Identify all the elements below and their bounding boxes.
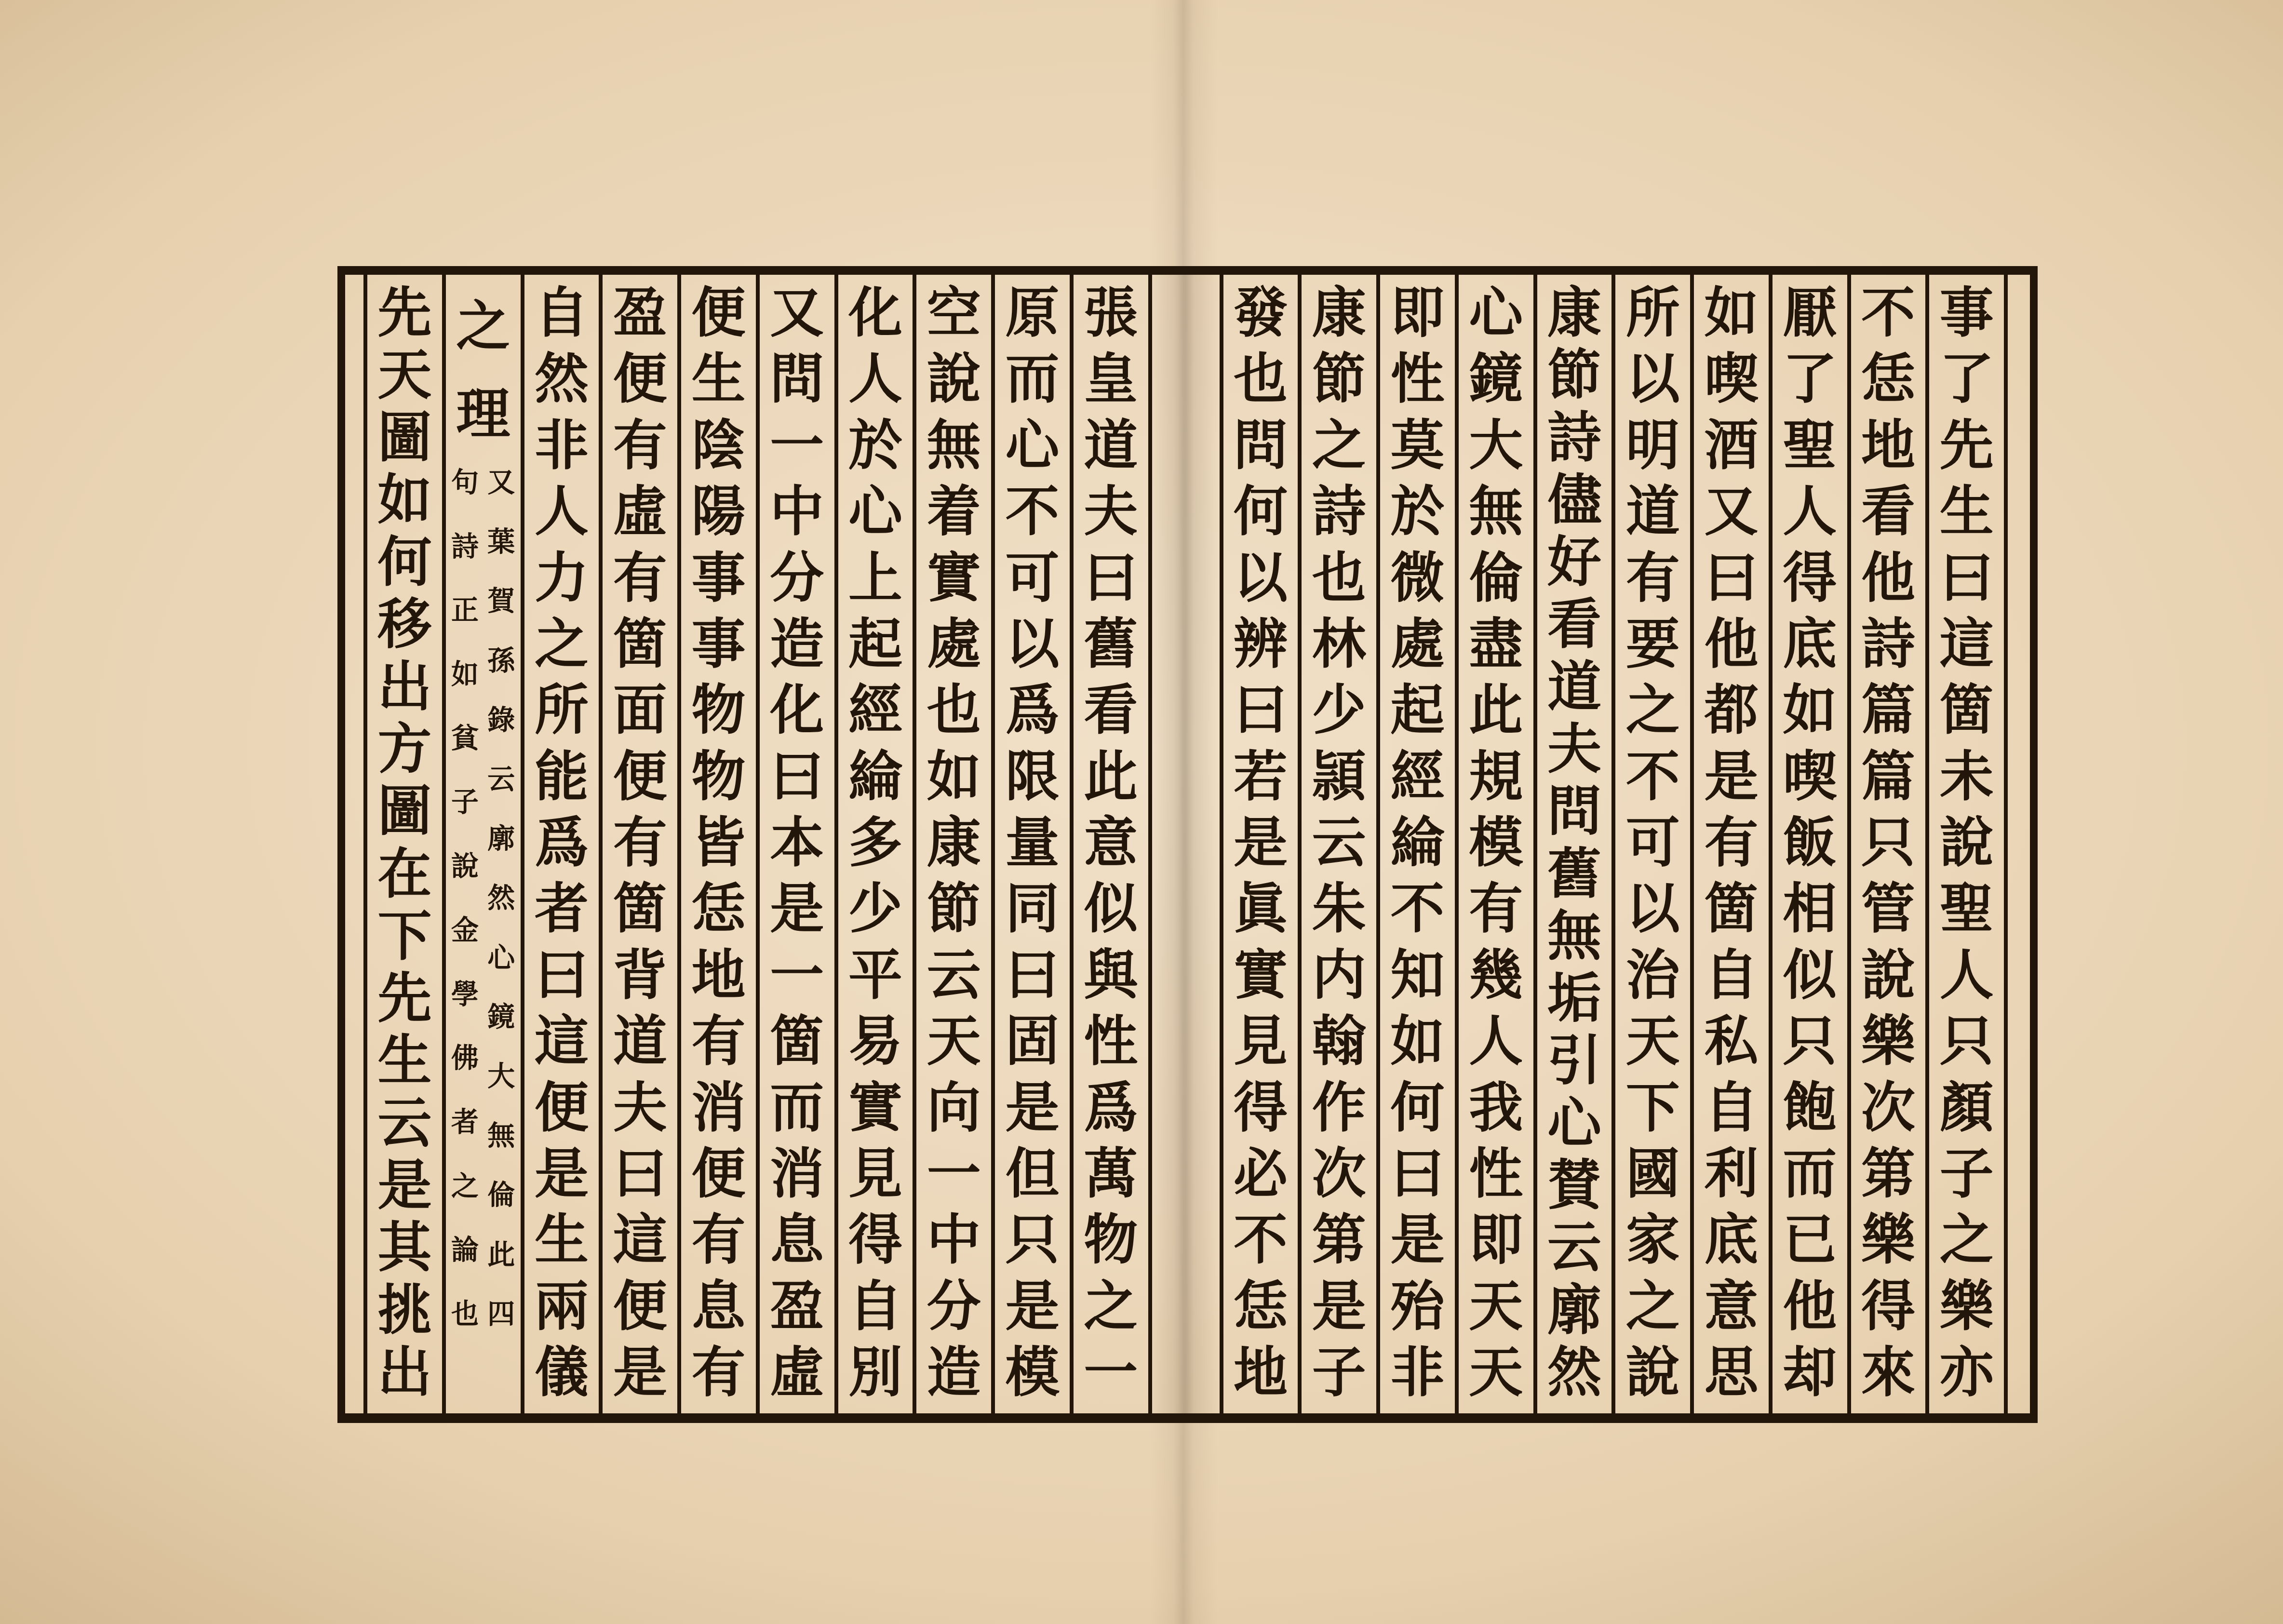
character: 一 (761, 419, 833, 473)
character: 飯 (1773, 816, 1846, 870)
character: 人 (839, 352, 912, 406)
character: 曰 (761, 750, 833, 804)
character: 如 (917, 750, 990, 804)
character: 化 (839, 286, 912, 340)
character: 理 (447, 374, 520, 455)
character: 物 (682, 750, 755, 804)
character: 經 (839, 684, 912, 738)
character: 而 (1773, 1147, 1846, 1201)
character: 實 (917, 551, 990, 605)
character: 顏 (1930, 1081, 2003, 1135)
character: 人 (525, 485, 598, 539)
character: 這 (604, 1213, 676, 1267)
character: 之 (1303, 419, 1375, 473)
character: 生 (682, 352, 755, 406)
character: 事 (682, 551, 755, 605)
character: 次 (1303, 1147, 1375, 1201)
character: 曰 (604, 1147, 676, 1201)
character: 消 (682, 1081, 755, 1135)
character: 私 (1695, 1015, 1768, 1069)
character: 學 (447, 980, 483, 1008)
character: 明 (1616, 419, 1689, 473)
character: 未 (1930, 750, 2003, 804)
character: 說 (447, 852, 483, 880)
character: 與 (1074, 949, 1147, 1003)
character: 孫 (483, 647, 519, 674)
character: 康 (1303, 286, 1375, 340)
character: 也 (1224, 352, 1297, 406)
left-page-column-8: 自然非人力之所能爲者曰這便是生兩儀 (524, 275, 603, 1413)
character: 國 (1616, 1147, 1689, 1201)
character: 了 (1773, 352, 1846, 406)
character: 曰 (1930, 551, 2003, 605)
character: 是 (525, 1147, 598, 1201)
character: 要 (1616, 617, 1689, 671)
character: 於 (839, 419, 912, 473)
character: 夫 (1074, 485, 1147, 539)
character: 了 (1930, 352, 2003, 406)
character: 道 (604, 1015, 676, 1069)
character: 造 (761, 617, 833, 671)
character: 他 (1773, 1280, 1846, 1334)
character: 曰 (1224, 684, 1297, 738)
character: 不 (1224, 1213, 1297, 1267)
character: 節 (1303, 352, 1375, 406)
character: 是 (1695, 750, 1768, 804)
character: 心 (1538, 1097, 1611, 1151)
character: 喫 (1695, 352, 1768, 406)
right-page-column-5: 所以明道有要之不可以治天下國家之說 (1615, 275, 1694, 1413)
character: 家 (1616, 1213, 1689, 1267)
character: 但 (996, 1147, 1069, 1201)
character: 又 (483, 469, 519, 496)
character: 力 (525, 551, 598, 605)
character: 箇 (604, 882, 676, 936)
character: 自 (1695, 949, 1768, 1003)
character: 葉 (483, 528, 519, 555)
right-page-column-1: 事了先生曰這箇未說聖人只顏子之樂亦 (1929, 275, 2008, 1413)
character: 厭 (1773, 286, 1846, 340)
character: 節 (1538, 349, 1611, 403)
character: 道 (1538, 660, 1611, 714)
left-page-column-5: 又問一中分造化曰本是一箇而消息盈虛 (760, 275, 838, 1413)
character: 云 (917, 949, 990, 1003)
character: 相 (1773, 882, 1846, 936)
character: 一 (917, 1147, 990, 1201)
character: 康 (917, 816, 990, 870)
character: 恁 (1224, 1280, 1297, 1334)
character: 說 (1616, 1346, 1689, 1400)
character: 上 (839, 551, 912, 605)
character: 多 (839, 816, 912, 870)
right-page-column-8: 即性莫於微處起經綸不知如何曰是殆非 (1380, 275, 1459, 1413)
character: 知 (1381, 949, 1454, 1003)
character: 不 (1616, 750, 1689, 804)
character: 問 (761, 352, 833, 406)
character: 云 (1303, 816, 1375, 870)
character: 見 (839, 1147, 912, 1201)
character: 心 (839, 485, 912, 539)
character: 天 (1460, 1346, 1532, 1400)
character: 頴 (1303, 750, 1375, 804)
character: 量 (996, 816, 1069, 870)
character: 只 (1773, 1015, 1846, 1069)
character: 同 (996, 882, 1069, 936)
character: 背 (604, 949, 676, 1003)
character: 朱 (1303, 882, 1375, 936)
character: 事 (1930, 286, 2003, 340)
character: 看 (1074, 684, 1147, 738)
character: 好 (1538, 536, 1611, 590)
character: 地 (1224, 1346, 1297, 1400)
character: 鏡 (1460, 352, 1532, 406)
character: 便 (682, 286, 755, 340)
character: 便 (604, 352, 676, 406)
character: 天 (1460, 1280, 1532, 1334)
character: 作 (1303, 1081, 1375, 1135)
character: 消 (761, 1147, 833, 1201)
character: 心 (1460, 286, 1532, 340)
character: 必 (1224, 1147, 1297, 1201)
character: 此 (1460, 684, 1532, 738)
character: 人 (1460, 1015, 1532, 1069)
character: 微 (1381, 551, 1454, 605)
character: 看 (1538, 598, 1611, 652)
character: 虛 (604, 485, 676, 539)
character: 有 (682, 1346, 755, 1400)
character: 翰 (1303, 1015, 1375, 1069)
character: 是 (604, 1346, 676, 1400)
character: 是 (1303, 1280, 1375, 1334)
character: 別 (839, 1346, 912, 1400)
character: 之 (1930, 1213, 2003, 1267)
character: 不 (1381, 882, 1454, 936)
character: 化 (761, 684, 833, 738)
character: 然 (1538, 1346, 1611, 1400)
character: 節 (917, 882, 990, 936)
character: 有 (682, 1213, 755, 1267)
character: 曰 (525, 949, 598, 1003)
character: 自 (1695, 1081, 1768, 1135)
character: 聖 (1930, 882, 2003, 936)
note-subcolumn-right: 又葉賀孫錄云廓然心鏡大無倫此四 (483, 469, 519, 1328)
character: 地 (1852, 419, 1925, 473)
character: 得 (839, 1213, 912, 1267)
left-page-column-10: 先天圖如何移出方圖在下先生云是其挑出 (367, 275, 446, 1413)
right-page-column-6: 康節詩儘好看道夫問舊無垢引心賛云廓然 (1537, 275, 1616, 1413)
character: 爲 (525, 816, 598, 870)
character: 中 (917, 1213, 990, 1267)
character: 箇 (604, 617, 676, 671)
character: 思 (1695, 1346, 1768, 1400)
character: 似 (1074, 882, 1147, 936)
character: 問 (1538, 785, 1611, 839)
character: 何 (1224, 485, 1297, 539)
character: 此 (1074, 750, 1147, 804)
character: 性 (1381, 352, 1454, 406)
character: 所 (1616, 286, 1689, 340)
character: 箇 (1695, 882, 1768, 936)
left-page-column-6: 便生陰陽事事物物皆恁地有消便有息有 (681, 275, 760, 1413)
character: 樂 (1852, 1015, 1925, 1069)
character: 人 (1773, 485, 1846, 539)
character: 樂 (1852, 1213, 1925, 1267)
character: 第 (1852, 1147, 1925, 1201)
character: 先 (1930, 419, 2003, 473)
character: 出 (368, 1346, 441, 1400)
character: 莫 (1381, 419, 1454, 473)
character: 大 (483, 1062, 519, 1090)
character: 不 (996, 485, 1069, 539)
interlinear-small-note: 又葉賀孫錄云廓然心鏡大無倫此四句詩正如貧子說金學佛者之論也 (446, 462, 521, 1400)
character: 是 (996, 1280, 1069, 1334)
character: 子 (1303, 1346, 1375, 1400)
character: 亦 (1930, 1346, 2003, 1400)
character: 限 (996, 750, 1069, 804)
character: 飽 (1773, 1081, 1846, 1135)
character: 說 (1930, 816, 2003, 870)
character: 曰 (1695, 551, 1768, 605)
character: 事 (682, 617, 755, 671)
character: 如 (447, 660, 483, 688)
character: 天 (368, 349, 441, 403)
character: 詩 (1303, 485, 1375, 539)
character: 一 (1074, 1346, 1147, 1400)
character: 也 (917, 684, 990, 738)
character: 次 (1852, 1081, 1925, 1135)
character: 無 (1538, 910, 1611, 964)
character: 廓 (1538, 1284, 1611, 1338)
character: 他 (1852, 551, 1925, 605)
character: 出 (368, 660, 441, 714)
character: 金 (447, 916, 483, 944)
character: 分 (761, 551, 833, 605)
character: 如 (368, 473, 441, 527)
character: 垢 (1538, 972, 1611, 1026)
character: 生 (368, 1034, 441, 1088)
character: 處 (917, 617, 990, 671)
character: 生 (1930, 485, 2003, 539)
note-subcolumn-left: 句詩正如貧子說金學佛者之論也 (447, 469, 483, 1328)
character: 有 (1460, 882, 1532, 936)
character: 以 (1616, 352, 1689, 406)
character: 得 (1773, 551, 1846, 605)
character: 舊 (1074, 617, 1147, 671)
character: 陽 (682, 485, 755, 539)
character: 曰 (1381, 1147, 1454, 1201)
character: 之 (447, 286, 520, 367)
character: 虛 (761, 1346, 833, 1400)
left-page-column-2: 原而心不可以爲限量同曰固是但只是模 (995, 275, 1074, 1413)
left-page-column-4: 化人於心上起經綸多少平易實見得自別 (838, 275, 917, 1413)
character: 心 (996, 419, 1069, 473)
character: 天 (1616, 1015, 1689, 1069)
character: 倫 (483, 1181, 519, 1208)
character: 賀 (483, 587, 519, 615)
character: 曰 (996, 949, 1069, 1003)
character: 息 (682, 1280, 755, 1334)
character: 底 (1695, 1213, 1768, 1267)
character: 第 (1303, 1213, 1375, 1267)
character: 無 (917, 419, 990, 473)
character: 又 (1695, 485, 1768, 539)
character: 而 (761, 1081, 833, 1135)
character: 說 (917, 352, 990, 406)
right-margin-strip (2008, 275, 2030, 1413)
character: 只 (1930, 1015, 2003, 1069)
right-page-column-10: 發也問何以辨曰若是眞實見得必不恁地 (1223, 275, 1302, 1413)
character: 以 (1224, 551, 1297, 605)
character: 如 (1381, 1015, 1454, 1069)
character: 得 (1224, 1081, 1297, 1135)
character: 只 (996, 1213, 1069, 1267)
character: 方 (368, 723, 441, 777)
character: 先 (368, 286, 441, 340)
character: 其 (368, 1221, 441, 1275)
character: 詩 (447, 533, 483, 560)
left-page-column-7: 盈便有虛有箇面便有箇背道夫曰這便是 (603, 275, 681, 1413)
character: 道 (1074, 419, 1147, 473)
character: 性 (1074, 1015, 1147, 1069)
character: 盈 (761, 1280, 833, 1334)
character: 向 (917, 1081, 990, 1135)
character: 起 (839, 617, 912, 671)
character: 能 (525, 750, 598, 804)
character: 正 (447, 596, 483, 624)
character: 兩 (525, 1280, 598, 1334)
right-page-column-2: 不恁地看他詩篇篇只管說樂次第樂得來 (1851, 275, 1930, 1413)
character: 這 (1930, 617, 2003, 671)
character: 而 (996, 352, 1069, 406)
character: 賛 (1538, 1159, 1611, 1213)
character: 者 (525, 882, 598, 936)
character: 是 (761, 882, 833, 936)
character: 之 (1616, 1280, 1689, 1334)
character: 無 (1460, 485, 1532, 539)
character: 皆 (682, 816, 755, 870)
character: 恁 (1852, 352, 1925, 406)
character: 心 (483, 944, 519, 971)
character: 模 (1460, 816, 1532, 870)
character: 林 (1303, 617, 1375, 671)
character: 圖 (368, 785, 441, 839)
character: 天 (917, 1015, 990, 1069)
character: 者 (447, 1108, 483, 1136)
character: 有 (604, 551, 676, 605)
character: 挑 (368, 1284, 441, 1338)
character: 於 (1381, 485, 1454, 539)
character: 自 (525, 286, 598, 340)
character: 下 (1616, 1081, 1689, 1135)
character: 治 (1616, 949, 1689, 1003)
character: 看 (1852, 485, 1925, 539)
character: 息 (761, 1213, 833, 1267)
character: 陰 (682, 419, 755, 473)
character: 爲 (996, 684, 1069, 738)
character: 也 (1303, 551, 1375, 605)
character: 造 (917, 1346, 990, 1400)
character: 眞 (1224, 882, 1297, 936)
character: 易 (839, 1015, 912, 1069)
character: 利 (1695, 1147, 1768, 1201)
character: 已 (1773, 1213, 1846, 1267)
character: 綸 (1381, 816, 1454, 870)
character: 原 (996, 286, 1069, 340)
character: 一 (761, 949, 833, 1003)
character: 綸 (839, 750, 912, 804)
character: 平 (839, 949, 912, 1003)
character: 底 (1773, 617, 1846, 671)
character: 即 (1460, 1213, 1532, 1267)
character: 所 (525, 684, 598, 738)
character: 不 (1852, 286, 1925, 340)
character: 發 (1224, 286, 1297, 340)
character: 殆 (1381, 1280, 1454, 1334)
character: 物 (1074, 1213, 1147, 1267)
character: 是 (1224, 816, 1297, 870)
character: 論 (447, 1236, 483, 1263)
character: 盈 (604, 286, 676, 340)
character: 空 (917, 286, 990, 340)
character: 何 (1381, 1081, 1454, 1135)
character: 人 (1930, 949, 2003, 1003)
character: 他 (1695, 617, 1768, 671)
character: 儘 (1538, 473, 1611, 527)
character: 只 (1852, 816, 1925, 870)
character: 分 (917, 1280, 990, 1334)
character: 儀 (525, 1346, 598, 1400)
character: 道 (1616, 485, 1689, 539)
character: 篇 (1852, 684, 1925, 738)
character: 皇 (1074, 352, 1147, 406)
character: 之 (447, 1172, 483, 1200)
character: 可 (996, 551, 1069, 605)
character: 萬 (1074, 1147, 1147, 1201)
character: 佛 (447, 1044, 483, 1072)
character: 圖 (368, 411, 441, 465)
character: 箇 (1930, 684, 2003, 738)
character: 却 (1773, 1346, 1846, 1400)
character: 是 (1381, 1213, 1454, 1267)
character: 實 (1224, 949, 1297, 1003)
character: 便 (604, 1280, 676, 1334)
character: 然 (483, 884, 519, 912)
character: 廓 (483, 825, 519, 852)
character: 自 (839, 1280, 912, 1334)
left-margin-strip (345, 275, 367, 1413)
character: 這 (525, 1015, 598, 1069)
character: 子 (447, 788, 483, 816)
character: 之 (525, 617, 598, 671)
book-leaf-photo: 事了先生曰這箇未說聖人只顏子之樂亦不恁地看他詩篇篇只管說樂次第樂得來厭了聖人得底… (0, 0, 2283, 1624)
character: 少 (839, 882, 912, 936)
left-page-column-1: 張皇道夫曰舊看此意似與性爲萬物之一 (1074, 275, 1152, 1413)
character: 規 (1460, 750, 1532, 804)
character: 錄 (483, 706, 519, 734)
character: 固 (996, 1015, 1069, 1069)
character: 若 (1224, 750, 1297, 804)
character: 辨 (1224, 617, 1297, 671)
character: 樂 (1930, 1280, 2003, 1334)
character: 張 (1074, 286, 1147, 340)
character: 便 (682, 1147, 755, 1201)
character: 箇 (761, 1015, 833, 1069)
character: 内 (1303, 949, 1375, 1003)
character: 意 (1074, 816, 1147, 870)
character: 便 (525, 1081, 598, 1135)
character: 也 (447, 1300, 483, 1328)
character: 是 (996, 1081, 1069, 1135)
